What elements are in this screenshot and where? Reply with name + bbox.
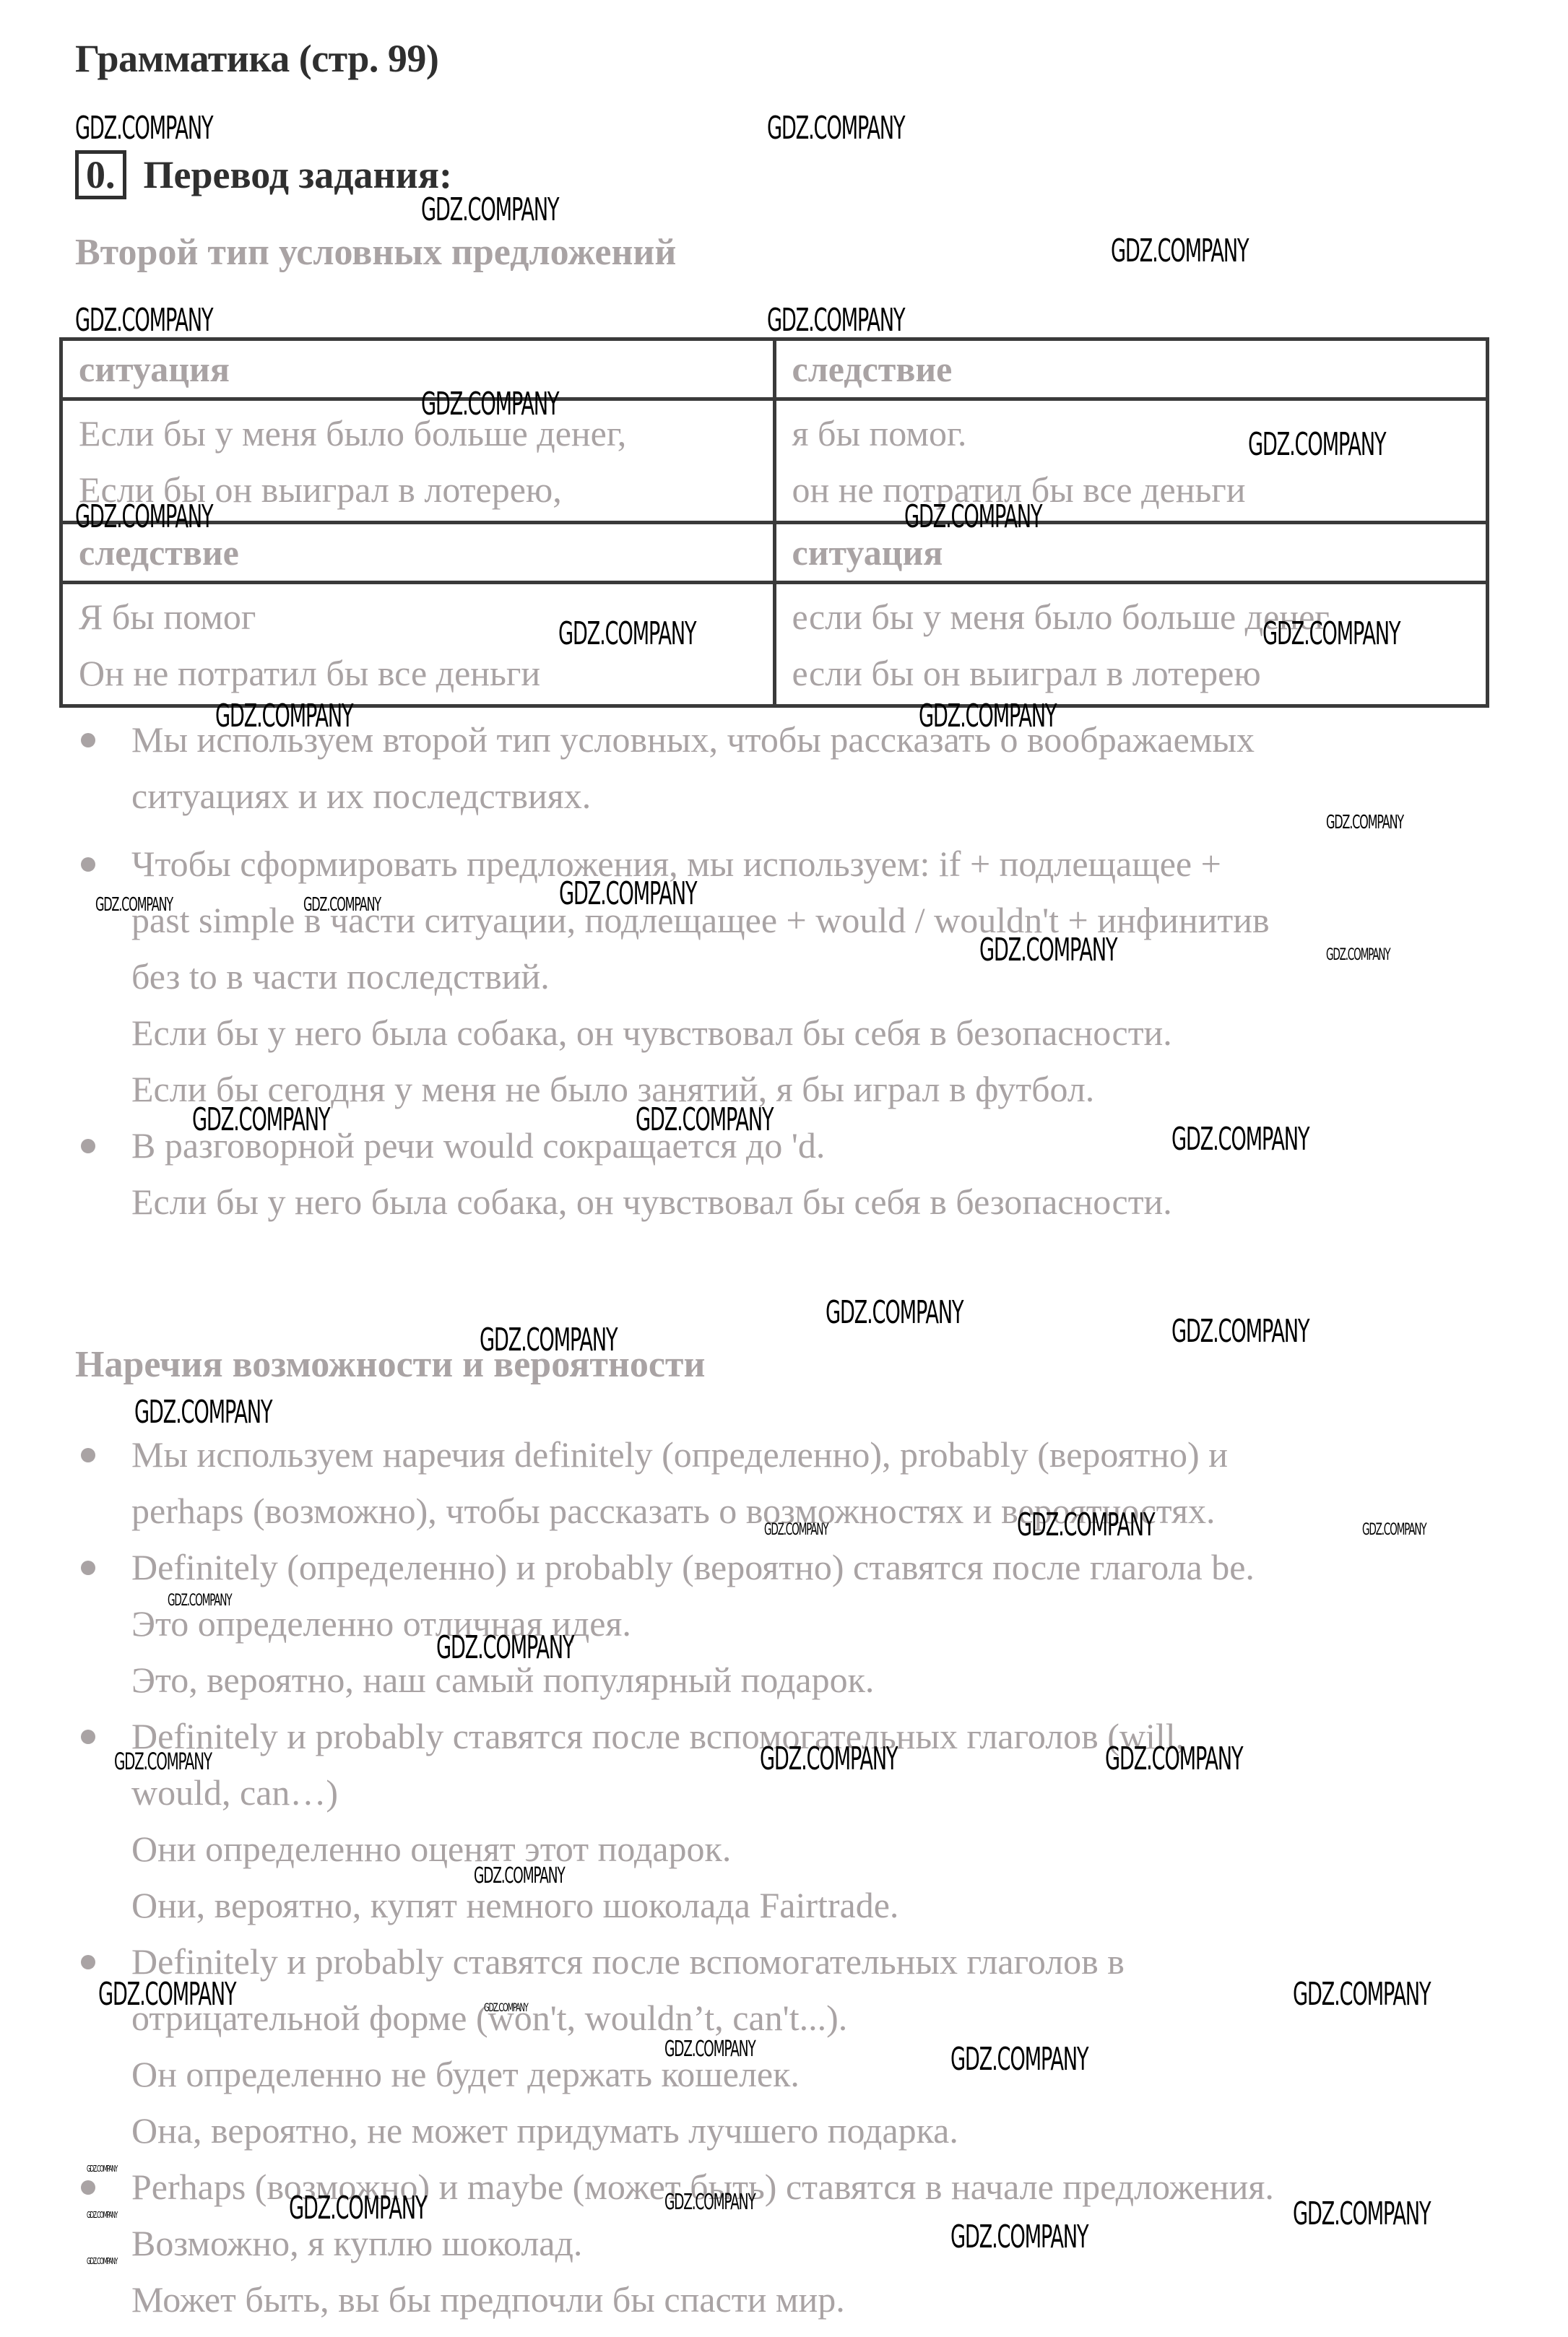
task-label: Перевод задания:	[144, 152, 452, 197]
line: ситуациях и их последствиях.	[131, 768, 1520, 824]
watermark: GDZ.COMPANY	[421, 191, 558, 228]
task-heading: 0. Перевод задания:	[75, 150, 452, 199]
watermark: GDZ.COMPANY	[192, 1101, 329, 1138]
watermark: GDZ.COMPANY	[87, 2256, 117, 2266]
list-item: Чтобы сформировать предложения, мы испол…	[75, 836, 1520, 1117]
watermark: GDZ.COMPANY	[95, 894, 173, 916]
list-item: Definitely и probably ставятся после всп…	[75, 1933, 1520, 2159]
watermark: GDZ.COMPANY	[767, 110, 904, 147]
watermark: GDZ.COMPANY	[904, 498, 1041, 535]
watermark: GDZ.COMPANY	[950, 2041, 1088, 2078]
watermark: GDZ.COMPANY	[950, 2219, 1088, 2255]
watermark: GDZ.COMPANY	[664, 2037, 755, 2062]
watermark: GDZ.COMPANY	[289, 2190, 426, 2227]
example-line: Они, вероятно, купят немного шоколада Fa…	[131, 1877, 1520, 1933]
example-line: Он определенно не будет держать кошелек.	[131, 2046, 1520, 2102]
list-item: Definitely (определенно) и probably (вер…	[75, 1539, 1520, 1708]
watermark: GDZ.COMPANY	[764, 1521, 828, 1539]
watermark: GDZ.COMPANY	[1293, 2195, 1430, 2232]
watermark: GDZ.COMPANY	[75, 302, 212, 339]
watermark: GDZ.COMPANY	[1262, 615, 1400, 652]
watermark: GDZ.COMPANY	[1293, 1976, 1430, 2013]
table-row: ситуация следствие	[61, 339, 1488, 399]
watermark: GDZ.COMPANY	[480, 1322, 617, 1358]
page: Грамматика (стр. 99) 0. Перевод задания:…	[0, 0, 1568, 2337]
watermark: GDZ.COMPANY	[559, 875, 696, 912]
watermark: GDZ.COMPANY	[421, 386, 558, 422]
watermark: GDZ.COMPANY	[1248, 426, 1385, 463]
watermark: GDZ.COMPANY	[1105, 1740, 1242, 1777]
bullet-icon	[81, 1139, 95, 1153]
watermark: GDZ.COMPANY	[826, 1294, 963, 1331]
watermark: GDZ.COMPANY	[767, 302, 904, 339]
bullet-icon	[81, 857, 95, 872]
watermark: GDZ.COMPANY	[1362, 1521, 1426, 1539]
bullet-icon	[81, 1448, 95, 1462]
table-header-cell: следствие	[774, 339, 1488, 399]
table-header-cell: ситуация	[774, 523, 1488, 583]
watermark: GDZ.COMPANY	[1326, 812, 1403, 833]
line: Мы используем наречия definitely (опреде…	[131, 1426, 1520, 1483]
section-heading-conditionals: Второй тип условных предложений	[75, 231, 676, 274]
table-header-cell: ситуация	[61, 339, 775, 399]
watermark: GDZ.COMPANY	[484, 2000, 528, 2014]
line: В разговорной речи would сокращается до …	[131, 1117, 1520, 1174]
watermark: GDZ.COMPANY	[919, 698, 1056, 734]
watermark: GDZ.COMPANY	[558, 615, 696, 652]
watermark: GDZ.COMPANY	[134, 1394, 272, 1431]
watermark: GDZ.COMPANY	[1017, 1506, 1154, 1543]
watermark: GDZ.COMPANY	[98, 1976, 235, 2013]
example-line: Если бы у него была собака, он чувствова…	[131, 1005, 1520, 1061]
example-line: Они определенно оценят этот подарок.	[131, 1821, 1520, 1877]
watermark: GDZ.COMPANY	[636, 1101, 773, 1138]
watermark: GDZ.COMPANY	[87, 2164, 117, 2174]
line: Definitely (определенно) и probably (вер…	[131, 1539, 1520, 1595]
watermark: GDZ.COMPANY	[1326, 946, 1390, 964]
example-line: Если бы у него была собака, он чувствова…	[131, 1174, 1520, 1230]
watermark: GDZ.COMPANY	[1171, 1313, 1309, 1350]
watermark: GDZ.COMPANY	[436, 1629, 573, 1666]
cell-line: Если бы у меня было больше денег,	[79, 405, 760, 461]
watermark: GDZ.COMPANY	[474, 1863, 564, 1889]
task-number-badge: 0.	[75, 150, 126, 199]
watermark: GDZ.COMPANY	[168, 1592, 231, 1610]
watermark: GDZ.COMPANY	[979, 932, 1117, 968]
line: Чтобы сформировать предложения, мы испол…	[131, 836, 1520, 892]
cell-line: если бы он выиграл в лотерею	[792, 645, 1473, 701]
conditionals-table: ситуация следствие Если бы у меня было б…	[59, 337, 1489, 708]
watermark: GDZ.COMPANY	[303, 894, 381, 916]
watermark: GDZ.COMPANY	[760, 1740, 897, 1777]
watermark: GDZ.COMPANY	[1171, 1121, 1309, 1158]
watermark: GDZ.COMPANY	[664, 2190, 755, 2215]
watermark: GDZ.COMPANY	[75, 498, 212, 535]
bullet-icon	[81, 1730, 95, 1744]
example-line: Это, вероятно, наш самый популярный пода…	[131, 1652, 1520, 1708]
watermark: GDZ.COMPANY	[87, 2210, 117, 2220]
bullet-icon	[81, 1955, 95, 1969]
example-line: Она, вероятно, не может придумать лучшег…	[131, 2102, 1520, 2159]
list-item: Perhaps (возможно) и maybe (может быть) …	[75, 2159, 1520, 2328]
watermark: GDZ.COMPANY	[215, 698, 352, 734]
bullet-icon	[81, 733, 95, 747]
table-row: следствие ситуация	[61, 523, 1488, 583]
example-line: Может быть, вы бы предпочли бы спасти ми…	[131, 2271, 1520, 2328]
line: без to в части последствий.	[131, 948, 1520, 1005]
bullet-icon	[81, 2180, 95, 2195]
watermark: GDZ.COMPANY	[75, 110, 212, 147]
example-line: Это определенно отличная идея.	[131, 1595, 1520, 1652]
cell-line: Он не потратил бы все деньги	[79, 645, 760, 701]
watermark: GDZ.COMPANY	[1111, 233, 1248, 269]
cell-line: он не потратил бы все деньги	[792, 461, 1473, 518]
watermark: GDZ.COMPANY	[114, 1748, 212, 1775]
example-line: Если бы сегодня у меня не было занятий, …	[131, 1061, 1520, 1117]
page-title: Грамматика (стр. 99)	[75, 36, 438, 81]
bullet-icon	[81, 1561, 95, 1575]
